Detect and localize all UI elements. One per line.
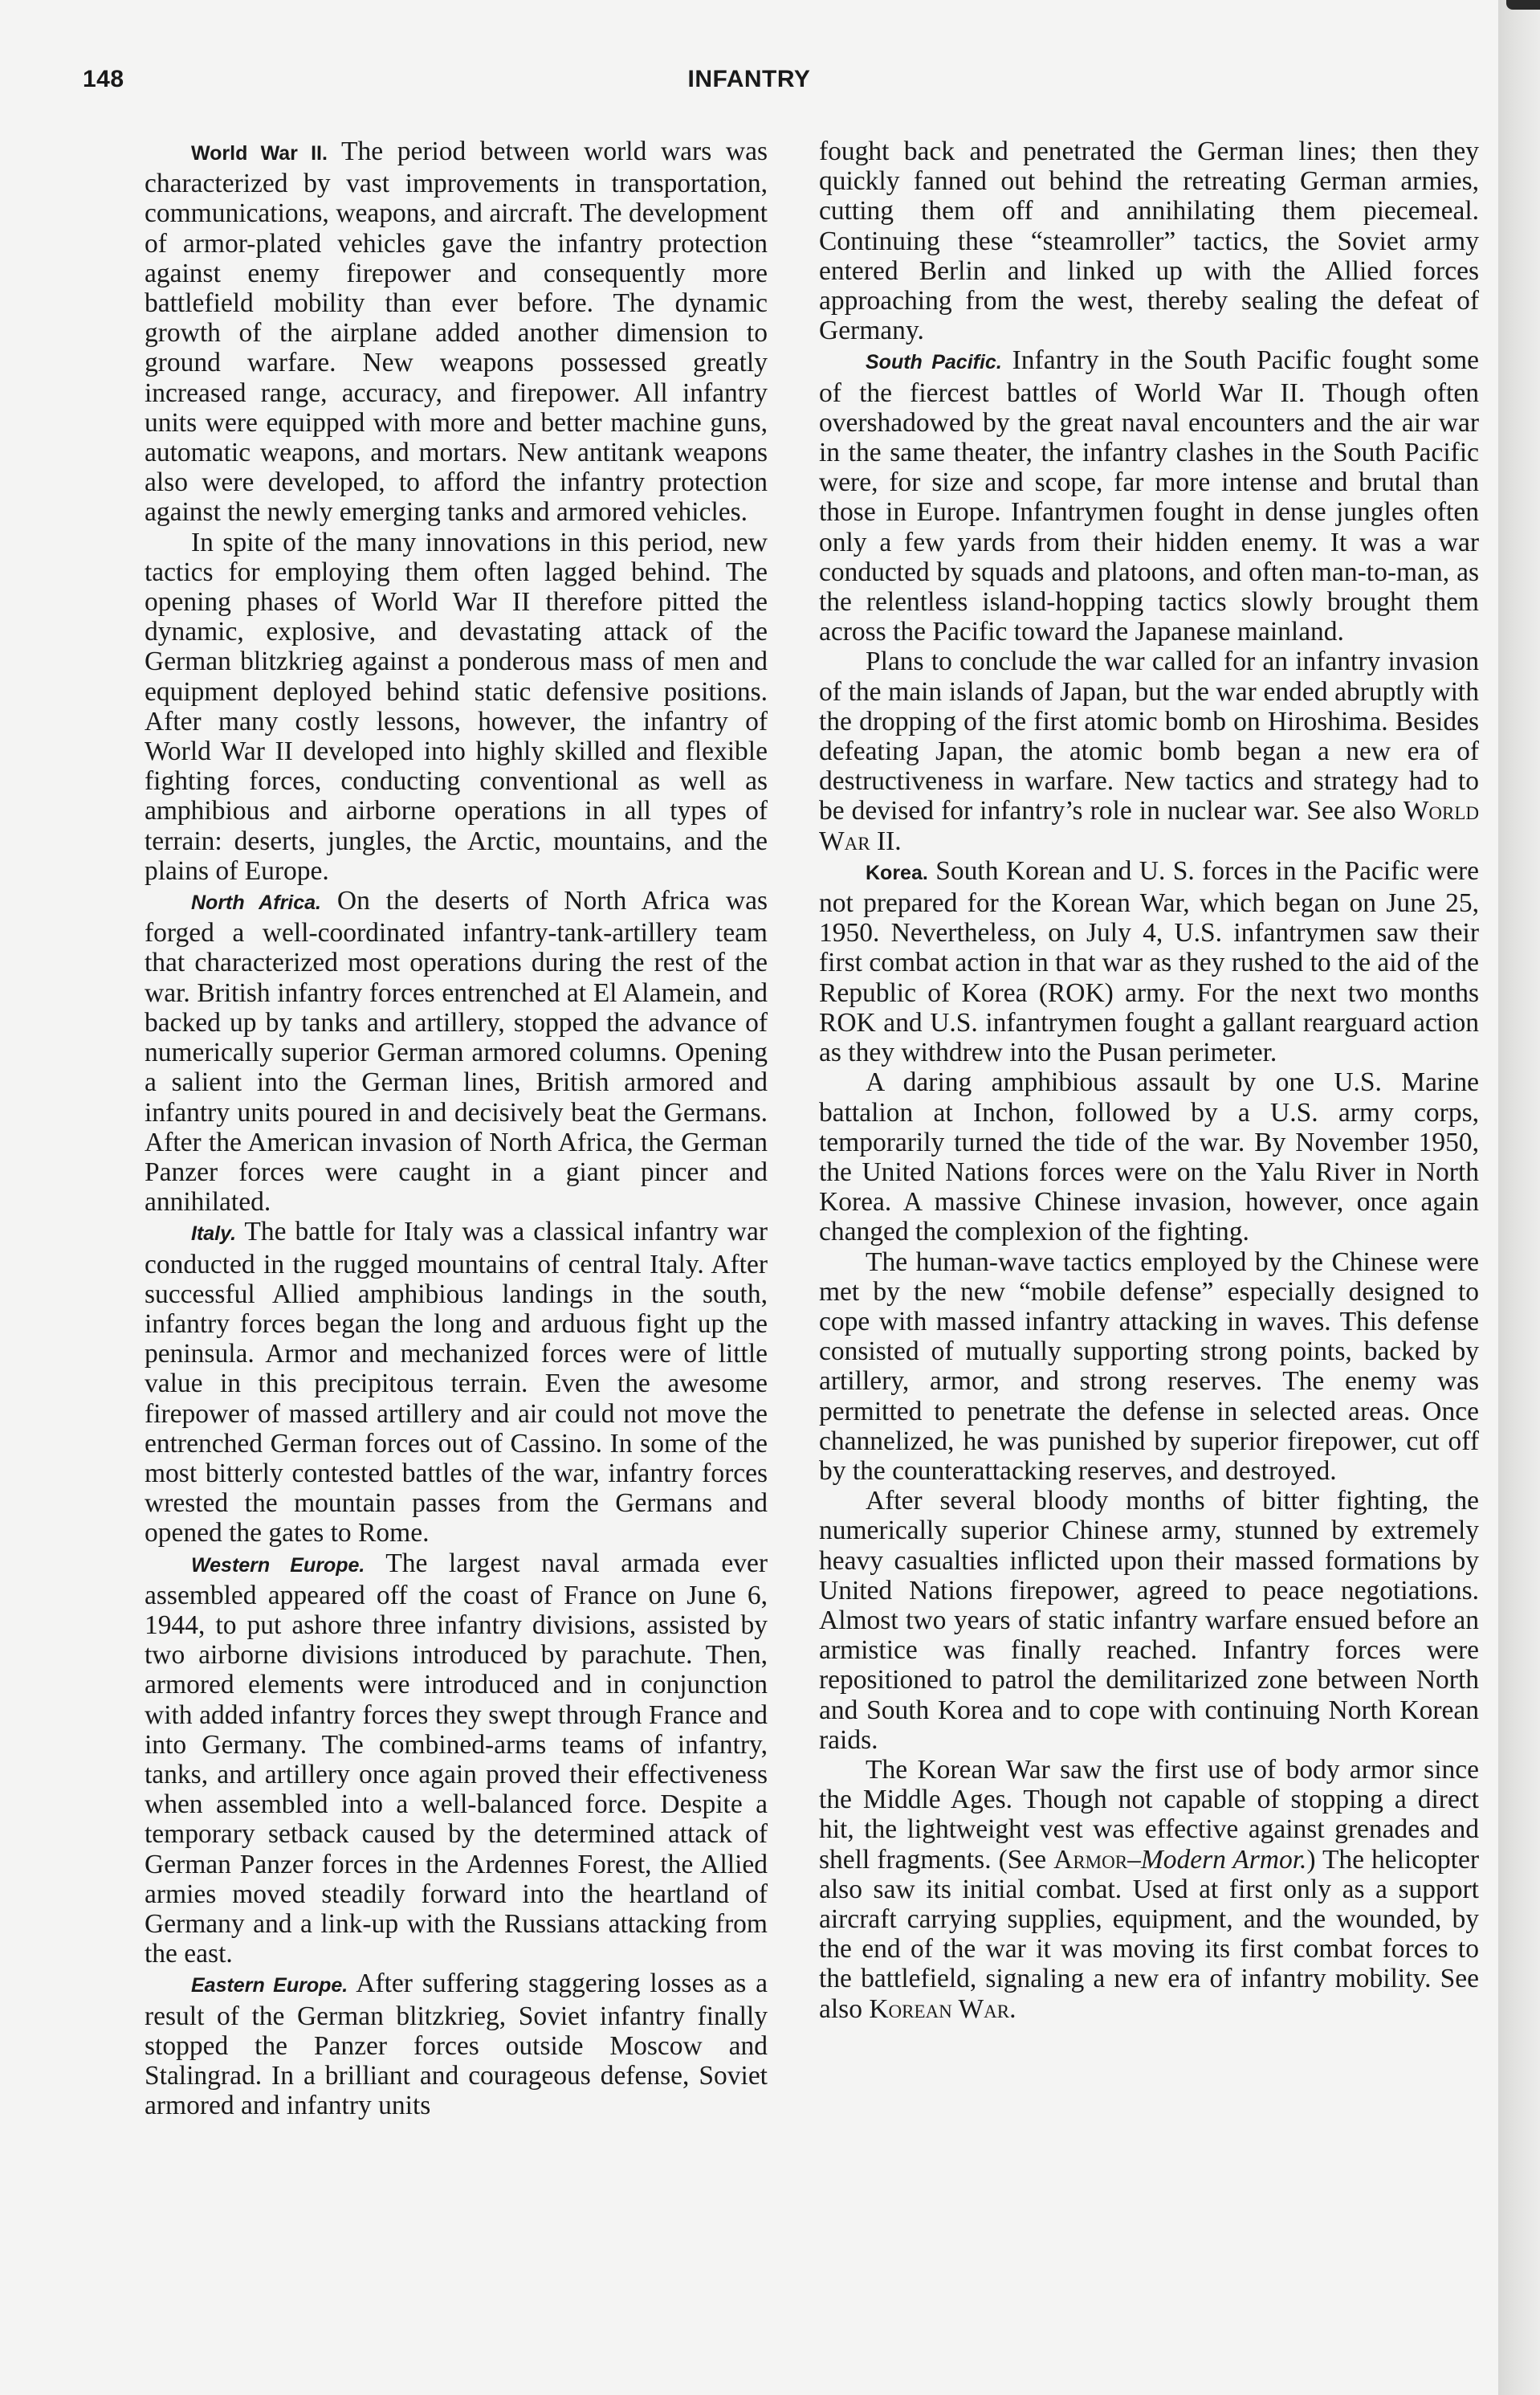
section-heading-western-europe: Western Europe.: [191, 1554, 365, 1577]
paragraph-north-africa: North Africa. On the deserts of North Af…: [145, 886, 768, 1217]
section-heading-italy: Italy.: [191, 1222, 236, 1245]
paragraph-text: The largest naval armada ever assembled …: [145, 1548, 768, 1969]
cross-reference-armor[interactable]: Armor: [1053, 1845, 1127, 1875]
paragraph-text: A daring amphibious assault by one U.S. …: [819, 1067, 1479, 1246]
paragraph-text: The period between world wars was charac…: [145, 137, 768, 527]
paragraph-eastern-europe-cont: fought back and penetrated the German li…: [819, 137, 1479, 345]
cross-reference-modern-armor[interactable]: Modern Armor.: [1141, 1845, 1307, 1875]
paragraph-korea: Korea. South Korean and U. S. forces in …: [819, 856, 1479, 1067]
running-head: INFANTRY: [0, 66, 1498, 93]
paragraph-western-europe: Western Europe. The largest naval armada…: [145, 1548, 768, 1969]
paragraph-armistice: After several bloody months of bitter fi…: [819, 1486, 1479, 1755]
paragraph-text: The human-wave tactics employed by the C…: [819, 1247, 1479, 1486]
section-heading-world-war-ii: World War II.: [191, 142, 328, 165]
paragraph-text: fought back and penetrated the German li…: [819, 137, 1479, 345]
cross-reference-korean-war[interactable]: Korean War: [869, 1994, 1009, 2024]
paragraph-text: After several bloody months of bitter fi…: [819, 1486, 1479, 1755]
paragraph-text: Infantry in the South Pacific fought som…: [819, 345, 1479, 647]
section-heading-korea: Korea.: [866, 862, 928, 884]
section-heading-eastern-europe: Eastern Europe.: [191, 1974, 348, 1997]
paragraph-world-war-ii: World War II. The period between world w…: [145, 137, 768, 528]
paragraph-text: In spite of the many innovations in this…: [145, 528, 768, 886]
page-header: 148 INFANTRY: [0, 66, 1498, 98]
paragraph-text: The battle for Italy was a classical inf…: [145, 1217, 768, 1548]
dash: –: [1127, 1845, 1141, 1875]
paragraph-text: Plans to conclude the war called for an …: [819, 647, 1479, 826]
paragraph-inchon: A daring amphibious assault by one U.S. …: [819, 1067, 1479, 1246]
paragraph-human-wave: The human-wave tactics employed by the C…: [819, 1247, 1479, 1487]
book-page: 148 INFANTRY World War II. The period be…: [0, 0, 1498, 2395]
paragraph-south-pacific: South Pacific. Infantry in the South Pac…: [819, 345, 1479, 647]
binding-corner-shadow: [1506, 0, 1540, 10]
paragraph-body-armor: The Korean War saw the first use of body…: [819, 1755, 1479, 2024]
paragraph-text: On the deserts of North Africa was forge…: [145, 886, 768, 1217]
section-heading-south-pacific: South Pacific.: [866, 351, 1002, 373]
right-column: fought back and penetrated the German li…: [819, 137, 1479, 2024]
paragraph-eastern-europe: Eastern Europe. After suffering staggeri…: [145, 1969, 768, 2120]
section-heading-north-africa: North Africa.: [191, 891, 321, 914]
book-binding-edge: [1498, 0, 1540, 2395]
left-column: World War II. The period between world w…: [145, 137, 768, 2120]
paragraph-text: .: [1009, 1994, 1016, 2024]
paragraph-text: South Korean and U. S. forces in the Pac…: [819, 856, 1479, 1067]
paragraph-innovations: In spite of the many innovations in this…: [145, 528, 768, 886]
paragraph-text: II.: [870, 826, 902, 856]
paragraph-japan: Plans to conclude the war called for an …: [819, 647, 1479, 855]
paragraph-italy: Italy. The battle for Italy was a classi…: [145, 1217, 768, 1548]
